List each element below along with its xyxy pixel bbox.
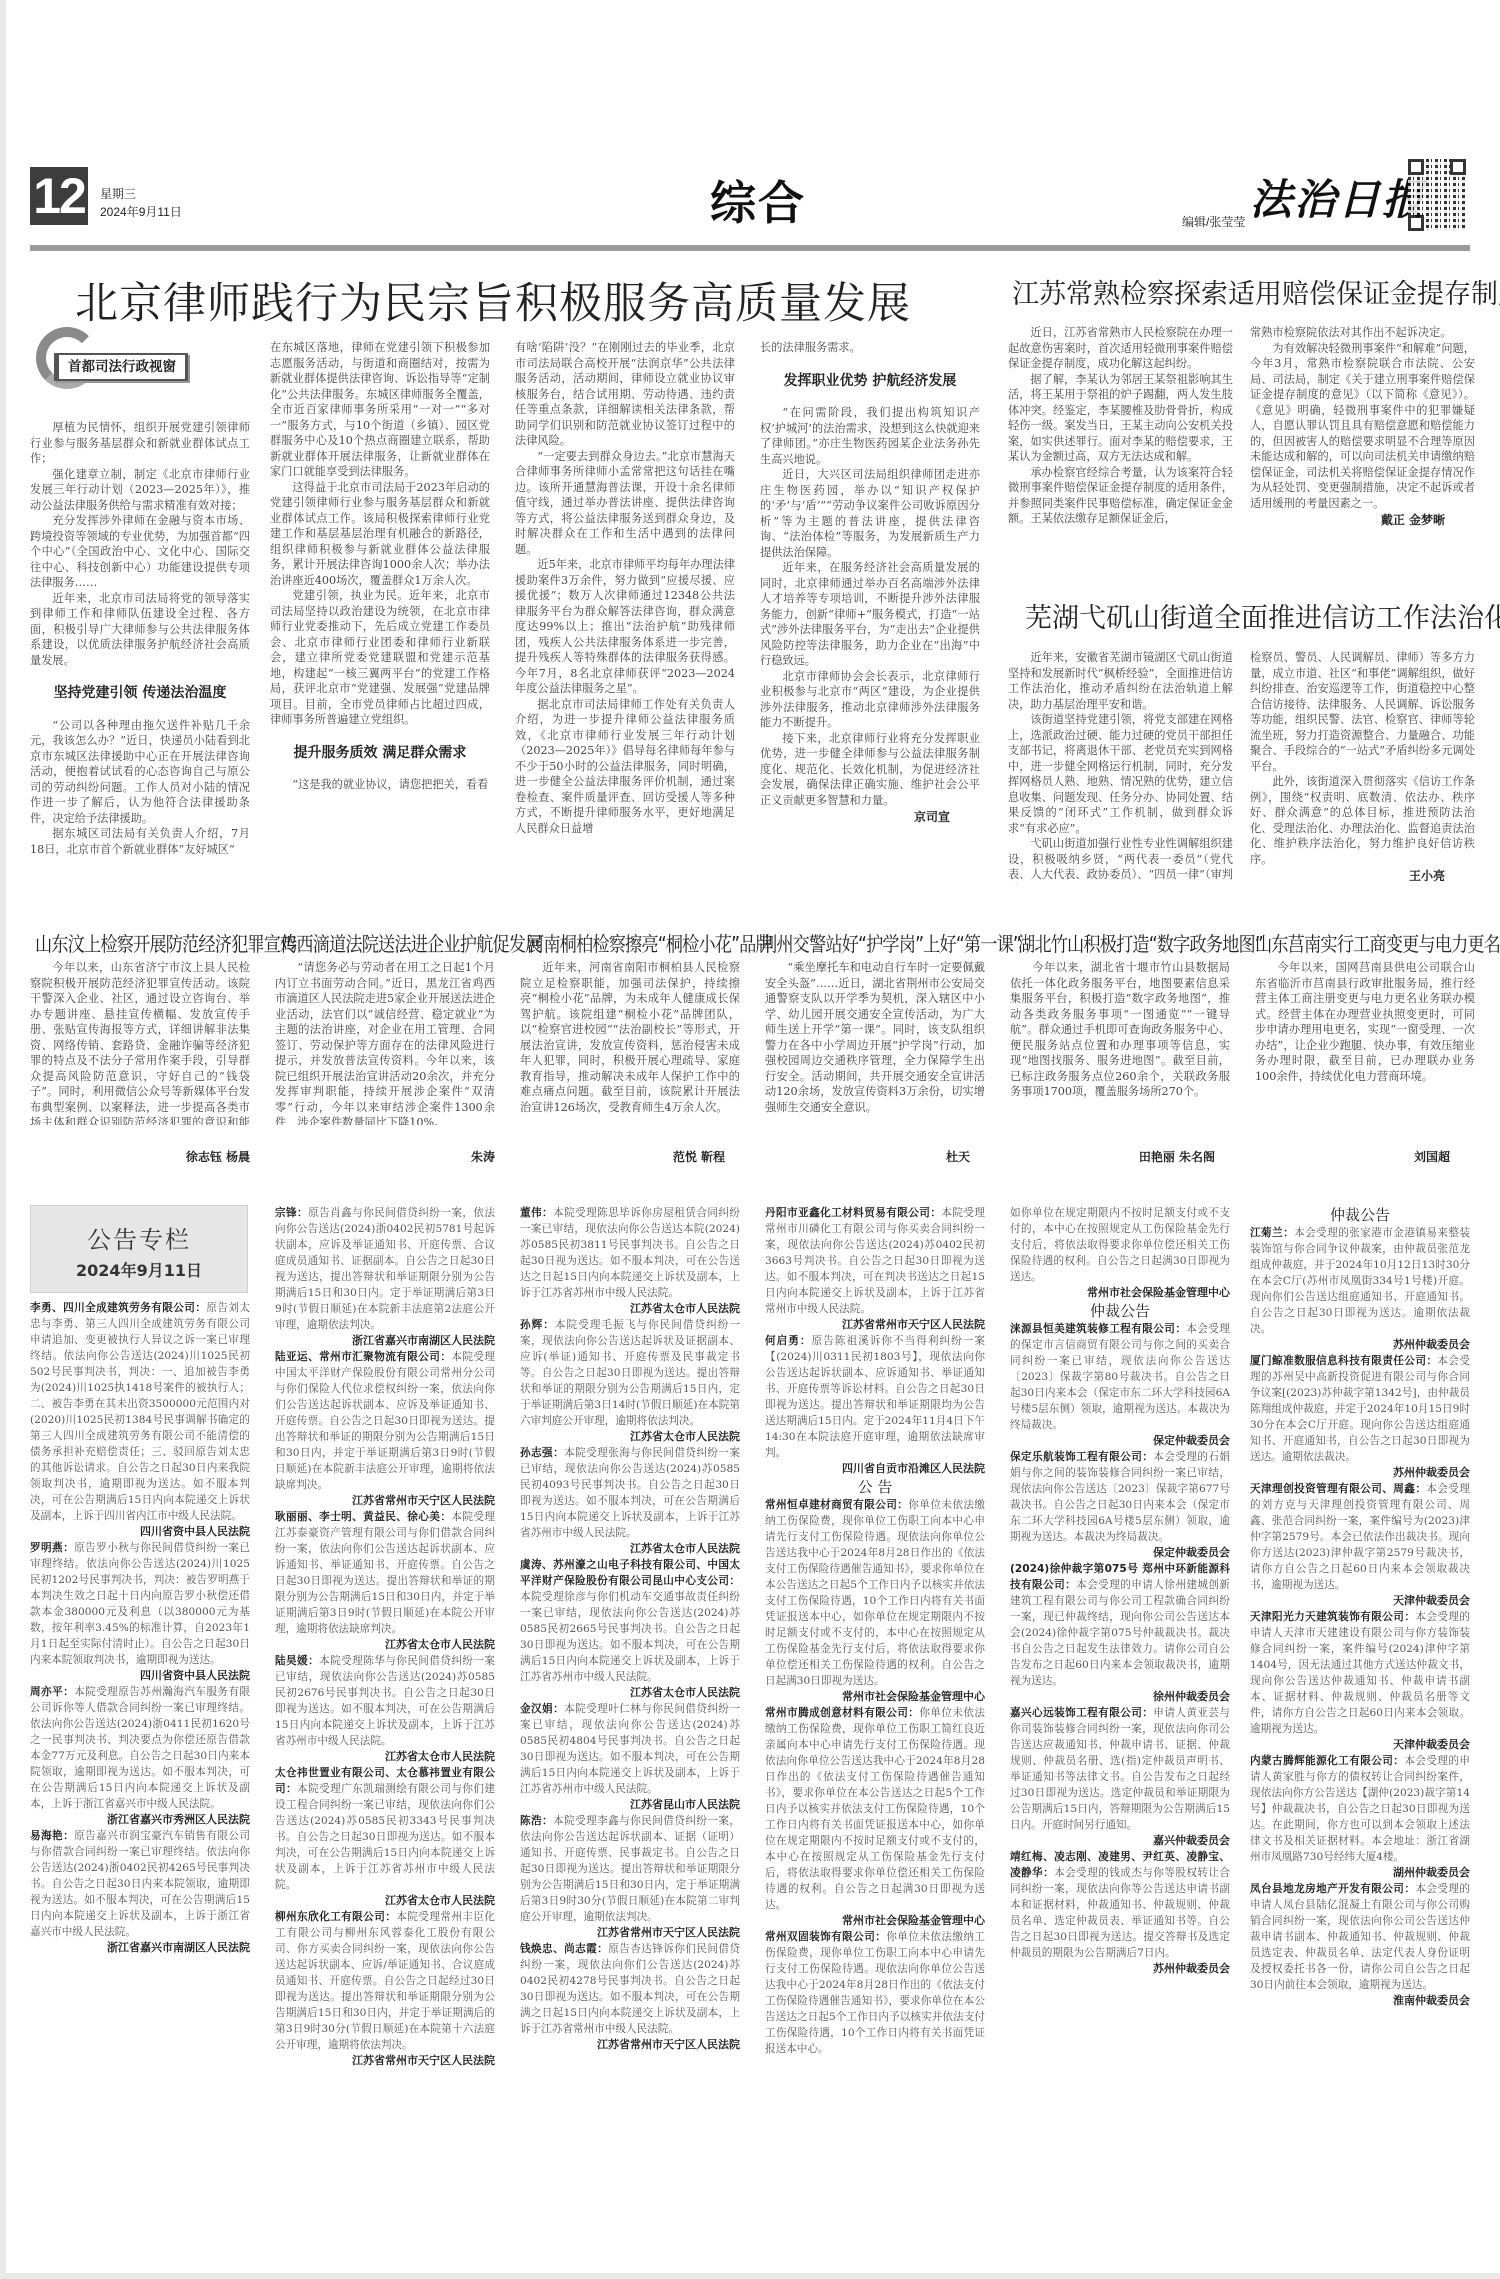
notice-entry: 孙志强：本院受理张海与你民间借贷纠纷一案已审结，现依法向你公告送达(2024)苏… (520, 1445, 740, 1541)
notice-text: 原告嘉兴市润宝豪汽车销售有限公司与你借款合同纠纷一案已审理终结。依法向你公告送达… (30, 1830, 250, 1938)
colon: ： (542, 1207, 553, 1219)
colon: ： (1142, 1451, 1153, 1463)
brief-body: 今年以来，山东省济宁市汶上县人民检察院积极开展防范经济犯罪宣传活动。该院干警深入… (30, 960, 250, 1125)
notice-issuer: 四川省资中县人民法院 (30, 1524, 250, 1540)
notice-entry: 周亦平：本院受理原告苏州瀚海汽车服务有限公司诉你等人借款合同纠纷一案已审理终结。… (30, 1684, 250, 1812)
paragraph: 党建引领，执业为民。近年来，北京市司法局坚持以政治建设为统领，在北京市律师行业党… (270, 588, 490, 728)
column-badge-label: 首都司法行政视窗 (54, 353, 188, 381)
jiangsu-column-1: 近日，江苏省常熟市人民检察院在办理一起故意伤害案时，首次适用轻微刑事案件赔偿保证… (1008, 325, 1233, 585)
notice-text: 本会受理的申请人天津市天建建设有限公司与你方装饰装修合同纠纷一案，案件编号(20… (1250, 1611, 1470, 1735)
colon: ： (1043, 1867, 1054, 1879)
paragraph: 强化建章立制，制定《北京市律师行业发展三年行动计划（2023—2025年）》，推… (30, 467, 250, 514)
colon: ： (729, 1575, 740, 1587)
notice-entry: 罗明燕：原告罗小秋与你民间借贷纠纷一案已审理终结。依法向你公告送达(2024)川… (30, 1540, 250, 1668)
wuhu-column-2: 检察员、警员、人民调解员、律师）等多方力量，成立市道、社区“和事佬”调解组织，做… (1250, 650, 1475, 885)
notice-text: 原告陈祖溪诉你不当得利纠纷一案【(2024)川0311民初1803号】，现依法向… (765, 1335, 985, 1459)
paragraph: 有啥‘陷阱’没？”在刚刚过去的毕业季，北京市司法局联合高校开展“法润京华”公共法… (515, 340, 735, 449)
colon: ： (1393, 1755, 1404, 1767)
weekday: 星期三 (100, 185, 136, 202)
newspaper-page: 12 星期三 2024年9月11日 综合 编辑/张莹莹 法治日报 北京律师践行为… (0, 0, 1500, 2279)
notice-entry: 董伟：本院受理陈思毕诉你房屋租赁合同纠纷一案已审结，现依法向你公告送达本院(20… (520, 1205, 740, 1301)
notice-party: 易海艳 (30, 1830, 63, 1842)
notice-party: 厦门鲸准数服信息科技有限责任公司 (1250, 1355, 1426, 1367)
notice-issuer: 常州市社会保险基金管理中心 (1010, 1285, 1230, 1301)
brief-headline: 河南桐柏检察擦亮“桐检小花”品牌 (527, 928, 772, 957)
notice-column-3: 董伟：本院受理陈思毕诉你房屋租赁合同纠纷一案已审结，现依法向你公告送达本院(20… (520, 1205, 740, 2200)
colon: ： (440, 1351, 451, 1363)
paragraph: 今年以来，湖北省十堰市竹山县数据局依托一体化政务服务平台，地图要素信息采集服务平… (1010, 960, 1230, 1100)
notice-party: 凤台县地龙房地产开发有限公司 (1250, 1883, 1404, 1895)
paragraph: 常熟市检察院依法对其作出不起诉决定。 (1250, 325, 1475, 341)
colon: ： (1404, 1883, 1415, 1895)
notice-entry: 虞涛、苏州濠之山电子科技有限公司、中国太平洋财产保险股份有限公司昆山中心支公司：… (520, 1557, 740, 1685)
notice-text: 本院受理常州丰臣化工有限公司与柳州东风蓉泰化工股份有限公司、你方买卖合同纠纷一案… (275, 1911, 495, 2051)
paragraph: 在东城区落地，律师在党建引领下积极参加志愿服务活动，与街道和商圈结对，按需为新就… (270, 340, 490, 480)
colon: ： (1142, 1707, 1153, 1719)
notice-column-4: 丹阳市亚鑫化工材料贸易有限公司：本院受理常州市川磷化工有限公司与你买卖合同纠纷一… (765, 1205, 985, 2200)
notice-issuer: 江苏省常州市天宁区人民法院 (520, 1925, 740, 1941)
page-edge (0, 2273, 1500, 2279)
page-number: 12 (30, 167, 88, 225)
notice-party: 柳州东欣化工有限公司 (275, 1911, 385, 1923)
section-title: 综合 (710, 167, 806, 233)
colon: ： (553, 1703, 564, 1715)
notice-entry: 内蒙古腾辉能源化工有限公司：本会受理的申请人黄家胜与你方的债权转让合同纠纷案件，… (1250, 1753, 1470, 1865)
paragraph: 弋矶山街道加强行业性专业性调解组织建设，积极吸纳乡贤，“两代表一委员”（党代表、… (1008, 836, 1233, 885)
notice-entry: 陆昊媛：本院受理陈华与你民间借贷纠纷一案已审结，现依法向你公告送达(2024)苏… (275, 1653, 495, 1749)
colon: ： (597, 1943, 608, 1955)
notice-issuer: 常州市社会保险基金管理中心 (765, 1689, 985, 1705)
notice-party: 董伟 (520, 1207, 542, 1219)
notice-party: 耿丽丽、李士明、黄益民、徐心美 (275, 1511, 440, 1523)
paragraph: 近年来，在服务经济社会高质量发展的同时，北京律师通过举办百名高端涉外法律人才培养… (760, 560, 980, 669)
wuhu-column-1: 近年来，安徽省芜湖市镜湖区弋矶山街道坚持和发展新时代“枫桥经验”，全面推进信访工… (1008, 650, 1233, 885)
notice-text: 本会受理的保定市言信商贸有限公司与你之间的买卖合同纠纷一案已审结，现依法向你公告… (1010, 1323, 1230, 1431)
notice-entry: 金汉娟：本院受理叶仁林与你民间借贷纠纷一案已审结，现依法向你公告送达(2024)… (520, 1701, 740, 1797)
byline: 田艳丽 朱名阁 (1010, 1150, 1215, 1170)
colon: ： (543, 1319, 555, 1331)
notice-entry: 柳州东欣化工有限公司：本院受理常州丰臣化工有限公司与柳州东风蓉泰化工股份有限公司… (275, 1909, 495, 2053)
lead-column-2: 在东城区落地，律师在党建引领下积极参加志愿服务活动，与街道和商圈结对，按需为新就… (270, 340, 490, 880)
notice-text: 本会受理的刘方克与天津理创投资管理有限公司、周鑫、张范合同纠纷一案，案件编号为(… (1250, 1483, 1470, 1591)
brief-headline: 湖北竹山积极打造“数字政务地图” (1018, 928, 1263, 957)
notice-entry: (2024)徐仲裁字第075号 郑州中环新能源科技有限公司：本会受理的申请人徐州… (1010, 1561, 1230, 1689)
notice-party: 孙辉 (520, 1319, 543, 1331)
notice-entry: 陈浩：本院受理李鑫与你民间借贷纠纷一案，依法向你公告送达起诉状副本、证据（证明）… (520, 1813, 740, 1925)
paragraph: 据了解，李某认为邻居王某祭祖影响其生活，将王某用于祭祖的炉子踢翻，两人发生肢体冲… (1008, 372, 1233, 465)
notice-entry: 保定乐航装饰工程有限公司：本会受理的石娟娟与你之间的装饰装修合同纠纷一案已审结，… (1010, 1449, 1230, 1545)
subheading: 提升服务质效 满足群众需求 (270, 746, 490, 762)
notice-entry: 易海艳：原告嘉兴市润宝豪汽车销售有限公司与你借款合同纠纷一案已审理终结。依法向你… (30, 1828, 250, 1940)
publication-date: 2024年9月11日 (100, 203, 182, 220)
masthead: 12 星期三 2024年9月11日 综合 编辑/张莹莹 法治日报 (30, 165, 1470, 237)
colon: ： (930, 1207, 941, 1219)
brief-body: “请您务必与劳动者在用工之日起1个月内订立书面劳动合同。”近日，黑龙江省鸡西市滴… (275, 960, 495, 1125)
paragraph: “请您务必与劳动者在用工之日起1个月内订立书面劳动合同。”近日，黑龙江省鸡西市滴… (275, 960, 495, 1125)
lead-column-3: 有啥‘陷阱’没？”在刚刚过去的毕业季，北京市司法局联合高校开展“法润京华”公共法… (515, 340, 735, 880)
lead-column-4: 长的法律服务需求。 发挥职业优势 护航经济发展 “在问需阶段，我们提出构筑知识产… (760, 340, 980, 880)
notice-issuer: 天津仲裁委员会 (1250, 1737, 1470, 1753)
notice-section-title: 仲裁公告 (1010, 1303, 1230, 1319)
notice-text: 本院受理叶仁林与你民间借贷纠纷一案已审结，现依法向你公告送达(2024)苏058… (520, 1703, 740, 1795)
notice-text: 本会受理的石娟娟与你之间的装饰装修合同纠纷一案已审结，现依法向你公告送达〔202… (1010, 1451, 1230, 1543)
notice-text: 本院受理中国太平洋财产保险股份有限公司常州分公司与你们保险人代位求偿权纠纷一案，… (275, 1351, 495, 1491)
notice-text: 原告刘太忠与李勇、第三人四川全成建筑劳务有限公司申请追加、变更被执行人异议之诉一… (30, 1302, 250, 1522)
brief-headline: 山东莒南实行工商变更与电力更名联办 (1255, 928, 1500, 957)
notice-party: 陆昊媛 (275, 1655, 308, 1667)
brief-body: 近年来，河南省南阳市桐柏县人民检察院立足检察职能，加强司法保护，持续擦亮“桐检小… (520, 960, 740, 1125)
notice-text: 本院受理徐彦与你们机动车交通事故责任纠纷一案已审结，现依法向你公告送达(2024… (520, 1591, 740, 1683)
colon: ： (63, 1542, 74, 1554)
notice-party: 常州恒卓建材商贸有限公司 (765, 1499, 897, 1511)
paragraph: “在问需阶段，我们提出构筑知识产权‘护城河’的法治需求，没想到这么快就迎来了律师… (760, 405, 980, 467)
notice-entry: 常州市腾成创意材料有限公司：你单位未依法缴纳工伤保险费，现你单位工伤职工简红良近… (765, 1705, 985, 1913)
notice-text: 本会受理的苏州吴中高新投资促进有限公司与你合同争议案[(2023)苏仲裁字第13… (1250, 1355, 1470, 1463)
notice-entry: 天津理创投资管理有限公司、周鑫：本会受理的刘方克与天津理创投资管理有限公司、周鑫… (1250, 1481, 1470, 1593)
paragraph: “乘坐摩托车和电动自行车时一定要佩戴安全头盔”……近日，湖北省荆州市公安局交通警… (765, 960, 985, 1115)
paragraph: “一定要去到群众身边去。”北京市慧海天合律师事务所律师小孟常常把这句话挂在嘴边。… (515, 449, 735, 558)
byline: 徐志钰 杨晨 (30, 1150, 250, 1170)
notice-party: 天津阳光力天建筑装饰有限公司 (1250, 1611, 1404, 1623)
colon: ： (1415, 1483, 1426, 1495)
notice-issuer: 江苏省太仓市人民法院 (520, 1541, 740, 1557)
notice-issuer: 徐州仲裁委员会 (1010, 1689, 1230, 1705)
brief-body: 今年以来，国网莒南县供电公司联合山东省临沂市莒南县行政审批服务局，推行经营主体工… (1255, 960, 1475, 1125)
notice-issuer: 天津仲裁委员会 (1250, 1593, 1470, 1609)
column-badge: 首都司法行政视窗 (22, 345, 262, 395)
notice-entry: 厦门鲸准数服信息科技有限责任公司：本会受理的苏州吴中高新投资促进有限公司与你合同… (1250, 1353, 1470, 1465)
notice-issuer: 湖州仲裁委员会 (1250, 1865, 1470, 1881)
masthead-rule (30, 245, 1470, 251)
notice-issuer: 浙江省嘉兴市南湖区人民法院 (30, 1940, 250, 1956)
notice-entry: 如你单位在规定期限内不按时足额支付或不支付的，本中心在按照规定从工伤保险基金先行… (1010, 1205, 1230, 1285)
notice-section-title: 公 告 (765, 1479, 985, 1495)
notice-entry: 嘉兴心远装饰工程有限公司：申请人黄亚芸与你司装饰装修合同纠纷一案，现依法向你司公… (1010, 1705, 1230, 1833)
paragraph: 据北京市司法局律师工作处有关负责人介绍，为进一步提升律师公益法律服务质效，《北京… (515, 697, 735, 837)
colon: ： (308, 1655, 319, 1667)
jiangsu-headline: 江苏常熟检察探索适用赔偿保证金提存制度 (1012, 272, 1500, 311)
byline: 戴正 金梦晰 (1250, 513, 1475, 529)
paragraph: 这得益于北京市司法局于2023年启动的党建引领律师行业参与服务基层群众和新就业群… (270, 480, 490, 589)
byline: 刘国超 (1255, 1150, 1450, 1170)
notice-entry: 孙辉：本院受理毛振飞与你民间借贷纠纷一案，现依法向你公告送达起诉状及证据副本、应… (520, 1317, 740, 1429)
notice-entry: 陆亚运、常州市汇聚物流有限公司：本院受理中国太平洋财产保险股份有限公司常州分公司… (275, 1349, 495, 1493)
notice-issuer: 江苏省太仓市人民法院 (275, 1749, 495, 1765)
byline: 朱涛 (275, 1150, 495, 1170)
notice-text: 你单位未依法缴纳工伤保险费，现你单位工伤职工向本中心申请先行支付工伤保险待遇。现… (765, 1499, 985, 1687)
colon: ： (63, 1830, 74, 1842)
notice-party: 保定乐航装饰工程有限公司 (1010, 1451, 1142, 1463)
notice-issuer: 苏州仲裁委员会 (1250, 1337, 1470, 1353)
colon: ： (1404, 1611, 1415, 1623)
colon: ： (1175, 1323, 1186, 1335)
colon: ： (908, 1707, 919, 1719)
notice-text: 本院受理陈华与你民间借贷纠纷一案已审结，现依法向你公告送达(2024)苏0585… (275, 1655, 495, 1747)
notice-text: 本会受理的申请人黄家胜与你方的债权转让合同纠纷案件，现依法向你方公告送达【湖仲(… (1250, 1755, 1470, 1863)
notice-text: 原告肖鑫与你民间借贷纠纷一案，依法向你公告送达(2024)浙0402民初5781… (275, 1207, 495, 1331)
wuhu-headline: 芜湖弋矶山街道全面推进信访工作法治化 (1025, 596, 1500, 635)
colon: ： (875, 1931, 886, 1943)
notice-section-title: 仲裁公告 (1250, 1207, 1470, 1223)
notice-party: 钱焕忠、尚志霞 (520, 1943, 597, 1955)
notice-party: 何启勇 (765, 1335, 800, 1347)
notice-issuer: 保定仲裁委员会 (1010, 1433, 1230, 1449)
notice-party: 陈浩 (520, 1815, 542, 1827)
notice-entry: 靖红梅、凌志刚、凌建男、尹红英、凌静宝、凌静华：本会受理的钱成杰与你等股权转让合… (1010, 1849, 1230, 1961)
notice-text: 如你单位在规定期限内不按时足额支付或不支付的，本中心在按照规定从工伤保险基金先行… (1010, 1207, 1230, 1283)
paragraph: 充分发挥涉外律师在金融与资本市场、跨境投资等领域的专业优势，为加强首都“四个中心… (30, 513, 250, 591)
colon: ： (195, 1302, 206, 1314)
paragraph: 近年来，安徽省芜湖市镜湖区弋矶山街道坚持和发展新时代“枫桥经验”，全面推进信访工… (1008, 650, 1233, 712)
paragraph: 今年以来，山东省济宁市汶上县人民检察院积极开展防范经济犯罪宣传活动。该院干警深入… (30, 960, 250, 1125)
paragraph: 近日，江苏省常熟市人民检察院在办理一起故意伤害案时，首次适用轻微刑事案件赔偿保证… (1008, 325, 1233, 372)
notice-entry: 常州恒卓建材商贸有限公司：你单位未依法缴纳工伤保险费，现你单位工伤职工向本中心申… (765, 1497, 985, 1689)
paragraph: 为有效解决轻微刑事案件“和解难”问题，今年3月，常熟市检察院联合市法院、公安局、… (1250, 341, 1475, 512)
notice-column-2: 宗锋：原告肖鑫与你民间借贷纠纷一案，依法向你公告送达(2024)浙0402民初5… (275, 1205, 495, 2200)
paragraph: 此外，该街道深入贯彻落实《信访工作条例》，围绕“权责明、底数清、依法办、秩序好、… (1250, 774, 1475, 867)
paragraph: 厚植为民情怀，组织开展党建引领律师行业参与服务基层群众和新就业群体试点工作； (30, 420, 250, 467)
colon: ： (286, 1783, 297, 1795)
notice-party: 金汉娟 (520, 1703, 553, 1715)
paragraph: “这是我的就业协议，请您把把关，看看 (270, 777, 490, 793)
notice-party: 孙志强 (520, 1447, 553, 1459)
notice-issuer: 江苏省昆山市人民法院 (520, 1797, 740, 1813)
paragraph: 承办检察官经综合考量，认为该案符合轻微刑事案件赔偿保证金提存制度的适用条件，并参… (1008, 465, 1233, 527)
brief-body: “乘坐摩托车和电动自行车时一定要佩戴安全头盔”……近日，湖北省荆州市公安局交通警… (765, 960, 985, 1125)
colon: ： (800, 1335, 812, 1347)
notice-party: 江菊兰 (1250, 1227, 1283, 1239)
colon: ： (385, 1911, 396, 1923)
notice-party: 常州双固装饰有限公司 (765, 1931, 875, 1943)
paragraph: 长的法律服务需求。 (760, 340, 980, 356)
lead-column-1: 厚植为民情怀，组织开展党建引领律师行业参与服务基层群众和新就业群体试点工作； 强… (30, 420, 250, 880)
notice-issuer: 苏州仲裁委员会 (1250, 1465, 1470, 1481)
notice-entry: 何启勇：原告陈祖溪诉你不当得利纠纷一案【(2024)川0311民初1803号】，… (765, 1333, 985, 1461)
notice-issuer: 江苏省太仓市人民法院 (275, 1893, 495, 1909)
notice-party: 内蒙古腾辉能源化工有限公司 (1250, 1755, 1393, 1767)
paragraph: “公司以各种理由拖欠送件补贴几千余元，我该怎么办？”近日，快递员小陆看到北京市东… (30, 718, 250, 827)
notice-issuer: 江苏省常州市天宁区人民法院 (275, 2053, 495, 2069)
notice-entry: 钱焕忠、尚志霞：原告杏达锋诉你们民间借贷纠纷一案，现依法向你们公告送达(2024… (520, 1941, 740, 2037)
notice-entry: 太仓祎世置业有限公司、太仓慕祎置业有限公司：本院受理广东凯瑞测绘有限公司与你们建… (275, 1765, 495, 1893)
paragraph: 北京市律师协会会长表示，北京律师行业积极参与北京市“两区”建设，为企业提供涉外法… (760, 669, 980, 731)
notice-entry: 天津阳光力天建筑装饰有限公司：本会受理的申请人天津市天建建设有限公司与你方装饰装… (1250, 1609, 1470, 1737)
page-edge (0, 0, 6, 2279)
bulletin-title: 公告专栏 (31, 1220, 247, 1255)
paragraph: 该街道坚持党建引领，将党支部建在网格上，选派政治过硬、能力过硬的党员干部担任支部… (1008, 712, 1233, 836)
notice-party: 周亦平 (30, 1686, 63, 1698)
notice-text: 本会受理的申请人徐州建城创新建筑工程有限公司与你公司工程款确合同纠纷一案，现已仲… (1010, 1579, 1230, 1687)
brief-headline: 荆州交警站好“护学岗”上好“第一课” (760, 928, 1021, 957)
notice-entry: 凤台县地龙房地产开发有限公司：本会受理的申请人凤台县陆亿混凝土有限公司与你公司购… (1250, 1881, 1470, 1993)
colon: ： (1426, 1355, 1437, 1367)
notice-issuer: 淮南仲裁委员会 (1250, 1993, 1470, 2009)
notice-text: 本院受理广东凯瑞测绘有限公司与你们建设工程合同纠纷一案已审结，现依法向你们公告送… (275, 1783, 495, 1891)
notice-text: 本院受理原告苏州瀚海汽车服务有限公司诉你等人借款合同纠纷一案已审理终结。依法向你… (30, 1686, 250, 1810)
notice-text: 本院受理张海与你民间借贷纠纷一案已审结，现依法向你公告送达(2024)苏0585… (520, 1447, 740, 1539)
paragraph: 近年来，北京市司法局将党的领导落实到律师工作和律师队伍建设全过程、各方面，积极引… (30, 591, 250, 669)
notice-issuer: 浙江省嘉兴市南湖区人民法院 (275, 1333, 495, 1349)
notice-text: 本会受理的申请人凤台县陆亿混凝土有限公司与你公司购销合同纠纷一案，现依法向你公司… (1250, 1883, 1470, 1991)
editor-credit: 编辑/张莹莹 (1182, 213, 1245, 230)
notice-party: 丹阳市亚鑫化工材料贸易有限公司 (765, 1207, 930, 1219)
paragraph: 今年以来，国网莒南县供电公司联合山东省临沂市莒南县行政审批服务局，推行经营主体工… (1255, 960, 1475, 1084)
notice-party: 宗锋 (275, 1207, 297, 1219)
notice-text: 原告罗小秋与你民间借贷纠纷一案已审理终结。依法向你公告送达(2024)川1025… (30, 1542, 250, 1666)
notice-text: 本院受理江苏泰豪资产管理有限公司与你们借款合同纠纷一案，依法向你们公告送达起诉状… (275, 1511, 495, 1635)
colon: ： (1283, 1227, 1294, 1239)
jiangsu-column-2: 常熟市检察院依法对其作出不起诉决定。 为有效解决轻微刑事案件“和解难”问题，今年… (1250, 325, 1475, 585)
notice-column-1: 李勇、四川全成建筑劳务有限公司：原告刘太忠与李勇、第三人四川全成建筑劳务有限公司… (30, 1300, 250, 2200)
colon: ： (897, 1499, 908, 1511)
notice-party: 嘉兴心远装饰工程有限公司 (1010, 1707, 1142, 1719)
notice-column-6: 仲裁公告江菊兰：本会受理的张家港市金港镇易来整装装饰馆与你合同争议仲裁案，由仲裁… (1250, 1205, 1470, 2200)
notice-party: 涞源县恒美建筑装修工程有限公司 (1010, 1323, 1175, 1335)
byline: 王小亮 (1250, 869, 1475, 885)
colon: ： (1065, 1579, 1076, 1591)
notice-issuer: 江苏省太仓市人民法院 (275, 1637, 495, 1653)
brief-headline: 鸡西滴道法院送法进企业护航促发展 (280, 928, 541, 957)
notice-entry: 涞源县恒美建筑装修工程有限公司：本会受理的保定市言信商贸有限公司与你之间的买卖合… (1010, 1321, 1230, 1433)
notice-entry: 江菊兰：本会受理的张家港市金港镇易来整装装饰馆与你合同争议仲裁案，由仲裁员张范龙… (1250, 1225, 1470, 1337)
colon: ： (297, 1207, 308, 1219)
notice-text: 本院受理常州市川磷化工有限公司与你买卖合同纠纷一案，现依法向你公告送达(2024… (765, 1207, 985, 1315)
notice-party: 常州市腾成创意材料有限公司 (765, 1707, 908, 1719)
notice-text: 申请人黄亚芸与你司装饰装修合同纠纷一案，现依法向你司公告送达应裁通知书、仲裁申请… (1010, 1707, 1230, 1831)
subheading: 坚持党建引领 传递法治温度 (30, 686, 250, 702)
notice-issuer: 保定仲裁委员会 (1010, 1545, 1230, 1561)
notice-entry: 李勇、四川全成建筑劳务有限公司：原告刘太忠与李勇、第三人四川全成建筑劳务有限公司… (30, 1300, 250, 1524)
notice-issuer: 常州市社会保险基金管理中心 (765, 1913, 985, 1929)
notice-entry: 宗锋：原告肖鑫与你民间借贷纠纷一案，依法向你公告送达(2024)浙0402民初5… (275, 1205, 495, 1333)
byline: 杜天 (765, 1150, 970, 1170)
subheading: 发挥职业优势 护航经济发展 (760, 374, 980, 390)
notice-issuer: 江苏省太仓市人民法院 (520, 1301, 740, 1317)
notice-entry: 丹阳市亚鑫化工材料贸易有限公司：本院受理常州市川磷化工有限公司与你买卖合同纠纷一… (765, 1205, 985, 1317)
notice-issuer: 浙江省嘉兴市秀洲区人民法院 (30, 1812, 250, 1828)
notice-issuer: 苏州仲裁委员会 (1010, 1961, 1230, 1977)
notice-issuer: 四川省资中县人民法院 (30, 1668, 250, 1684)
paragraph: 近日，大兴区司法局组织律师团走进亦庄生物医药园，举办以“知识产权保护的‘矛’与‘… (760, 467, 980, 560)
bulletin-date: 2024年9月11日 (31, 1258, 247, 1281)
paragraph: 检察员、警员、人民调解员、律师）等多方力量，成立市道、社区“和事佬”调解组织，做… (1250, 650, 1475, 774)
byline: 范悦 靳程 (520, 1150, 725, 1170)
notice-text: 你单位未依法缴纳工伤保险费，现你单位工伤职工简红良近亲属向本中心申请先行支付工伤… (765, 1707, 985, 1911)
notice-entry: 常州双固装饰有限公司：你单位未依法缴纳工伤保险费，现你单位工伤职工向本中心申请先… (765, 1929, 985, 2057)
notice-party: 罗明燕 (30, 1542, 63, 1554)
newspaper-logo: 法治日报 (1250, 167, 1426, 227)
notice-issuer: 江苏省太仓市人民法院 (520, 1685, 740, 1701)
bulletin-header: 公告专栏 2024年9月11日 (30, 1205, 248, 1293)
notice-issuer: 江苏省太仓市人民法院 (520, 1429, 740, 1445)
notice-text: 原告杏达锋诉你们民间借贷纠纷一案，现依法向你们公告送达(2024)苏0402民初… (520, 1943, 740, 2035)
paragraph: 接下来，北京律师行业将充分发挥职业优势，进一步健全律师参与公益法律服务制度化、规… (760, 731, 980, 809)
paragraph: 近年来，河南省南阳市桐柏县人民检察院立足检察职能，加强司法保护，持续擦亮“桐检小… (520, 960, 740, 1115)
colon: ： (542, 1815, 553, 1827)
brief-body: 今年以来，湖北省十堰市竹山县数据局依托一体化政务服务平台，地图要素信息采集服务平… (1010, 960, 1230, 1125)
notice-text: 本院受理李鑫与你民间借贷纠纷一案，依法向你公告送达起诉状副本、证据（证明）通知书… (520, 1815, 740, 1923)
notice-text: 本院受理毛振飞与你民间借贷纠纷一案，现依法向你公告送达起诉状及证据副本、应诉(举… (520, 1319, 740, 1427)
notice-issuer: 嘉兴仲裁委员会 (1010, 1833, 1230, 1849)
notice-issuer: 四川省自贡市沿滩区人民法院 (765, 1461, 985, 1477)
paragraph: 据东城区司法局有关负责人介绍，7月18日，北京市首个新就业群体“友好城区” (30, 826, 250, 857)
notice-text: 你单位未依法缴纳工伤保险费，现你单位工伤职工向本中心申请先行支付工伤保险待遇。现… (765, 1931, 985, 2055)
notice-text: 本院受理陈思毕诉你房屋租赁合同纠纷一案已审结，现依法向你公告送达本院(2024)… (520, 1207, 740, 1299)
notice-issuer: 江苏省常州市天宁区人民法院 (520, 2037, 740, 2053)
notice-party: 陆亚运、常州市汇聚物流有限公司 (275, 1351, 440, 1363)
notice-issuer: 江苏省常州市天宁区人民法院 (765, 1317, 985, 1333)
notice-text: 本会受理的钱成杰与你等股权转让合同纠纷一案，现依法向你等公告送达申请书副本和证据… (1010, 1867, 1230, 1959)
notice-party: 李勇、四川全成建筑劳务有限公司 (30, 1302, 195, 1314)
notice-party: 天津理创投资管理有限公司、周鑫 (1250, 1483, 1415, 1495)
colon: ： (63, 1686, 74, 1698)
notice-text: 本会受理的张家港市金港镇易来整装装饰馆与你合同争议仲裁案，由仲裁员张范龙组成仲裁… (1250, 1227, 1470, 1335)
colon: ： (440, 1511, 451, 1523)
qr-code-icon (1408, 159, 1466, 231)
notice-column-5: 如你单位在规定期限内不按时足额支付或不支付的，本中心在按照规定从工伤保险基金先行… (1010, 1205, 1230, 2200)
lead-headline: 北京律师践行为民宗旨积极服务高质量发展 (75, 270, 911, 331)
notice-party: 虞涛、苏州濠之山电子科技有限公司、中国太平洋财产保险股份有限公司昆山中心支公司 (520, 1559, 740, 1587)
notice-issuer: 江苏省常州市天宁区人民法院 (275, 1493, 495, 1509)
notice-entry: 耿丽丽、李士明、黄益民、徐心美：本院受理江苏泰豪资产管理有限公司与你们借款合同纠… (275, 1509, 495, 1637)
paragraph: 近5年来，北京市律师平均每年办理法律援助案件3万余件，努力做到“应援尽援、应援优… (515, 557, 735, 697)
brief-headline: 山东汶上检察开展防范经济犯罪宣传 (35, 928, 296, 957)
byline: 京司宣 (760, 810, 980, 826)
colon: ： (553, 1447, 564, 1459)
